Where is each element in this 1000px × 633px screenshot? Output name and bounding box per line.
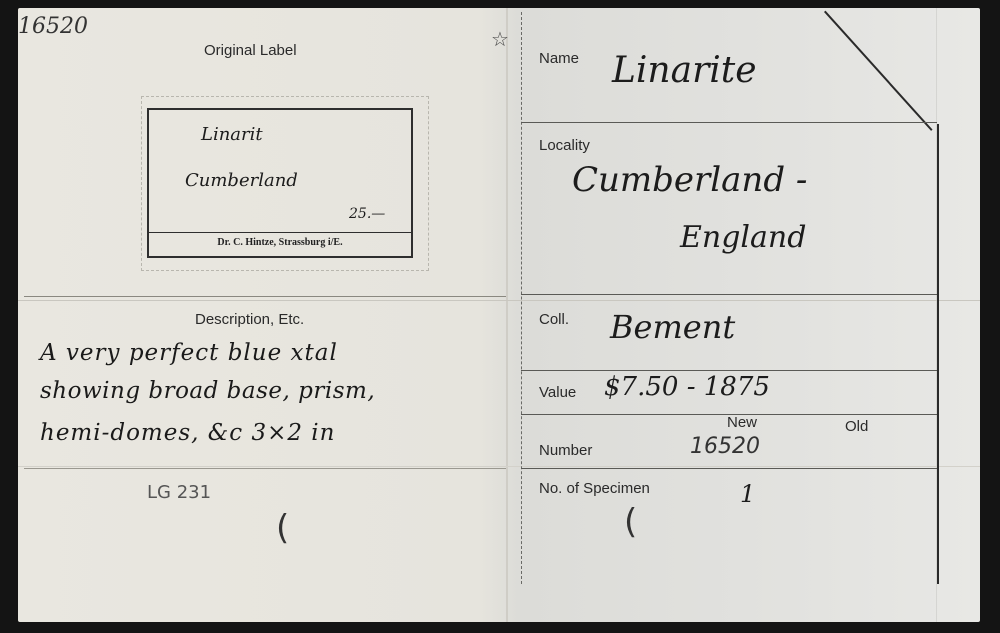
number-new-value: 16520 xyxy=(690,434,760,459)
original-label-card: Linarit Cumberland 25.— Dr. C. Hintze, S… xyxy=(147,108,413,258)
description-line-3: hemi-domes, &c 3×2 in xyxy=(40,420,335,446)
description-line-1: A very perfect blue xtal xyxy=(40,340,338,366)
original-label-title: Original Label xyxy=(204,42,297,59)
locality-label: Locality xyxy=(539,137,590,154)
label-divider xyxy=(149,232,411,233)
coll-value: Bement xyxy=(610,308,735,346)
pencil-mark-left: ( xyxy=(276,508,289,548)
pencil-mark-right: ( xyxy=(624,502,637,542)
label-mineral-name: Linarit xyxy=(201,124,263,145)
description-bottom-rule xyxy=(24,468,506,469)
label-price: 25.— xyxy=(349,206,385,222)
rule-locality xyxy=(521,294,937,295)
specimen-count-value: 1 xyxy=(740,480,755,508)
catalog-note: LG 231 xyxy=(147,482,211,503)
name-value: Linarite xyxy=(612,50,757,91)
corner-diagonal xyxy=(824,11,933,131)
rule-name xyxy=(521,122,937,123)
record-form: Name Locality Coll. Value New Old Number… xyxy=(521,12,939,584)
rule-coll xyxy=(521,370,937,371)
value-label: Value xyxy=(539,384,576,401)
description-title: Description, Etc. xyxy=(195,311,304,328)
locality-value-line-1: Cumberland - xyxy=(572,160,807,200)
number-label: Number xyxy=(539,442,592,459)
number-old-header: Old xyxy=(845,418,868,435)
label-printer-imprint: Dr. C. Hintze, Strassburg i/E. xyxy=(149,237,411,248)
form-right-border xyxy=(937,124,939,584)
rule-number xyxy=(521,468,937,469)
label-locality: Cumberland xyxy=(185,170,298,191)
description-line-2: showing broad base, prism, xyxy=(40,378,375,404)
form-left-border xyxy=(521,12,522,584)
specimen-count-label: No. of Specimen xyxy=(539,480,650,497)
value-value: $7.50 - 1875 xyxy=(604,372,770,402)
description-rule xyxy=(24,296,506,297)
locality-value-line-2: England xyxy=(680,220,806,255)
fold-crease-vertical xyxy=(506,8,508,622)
name-label: Name xyxy=(539,50,579,67)
number-new-header: New xyxy=(727,414,757,431)
catalog-number-handwritten: 16520 xyxy=(18,14,88,39)
coll-label: Coll. xyxy=(539,311,569,328)
star-icon: ☆ xyxy=(491,27,509,52)
